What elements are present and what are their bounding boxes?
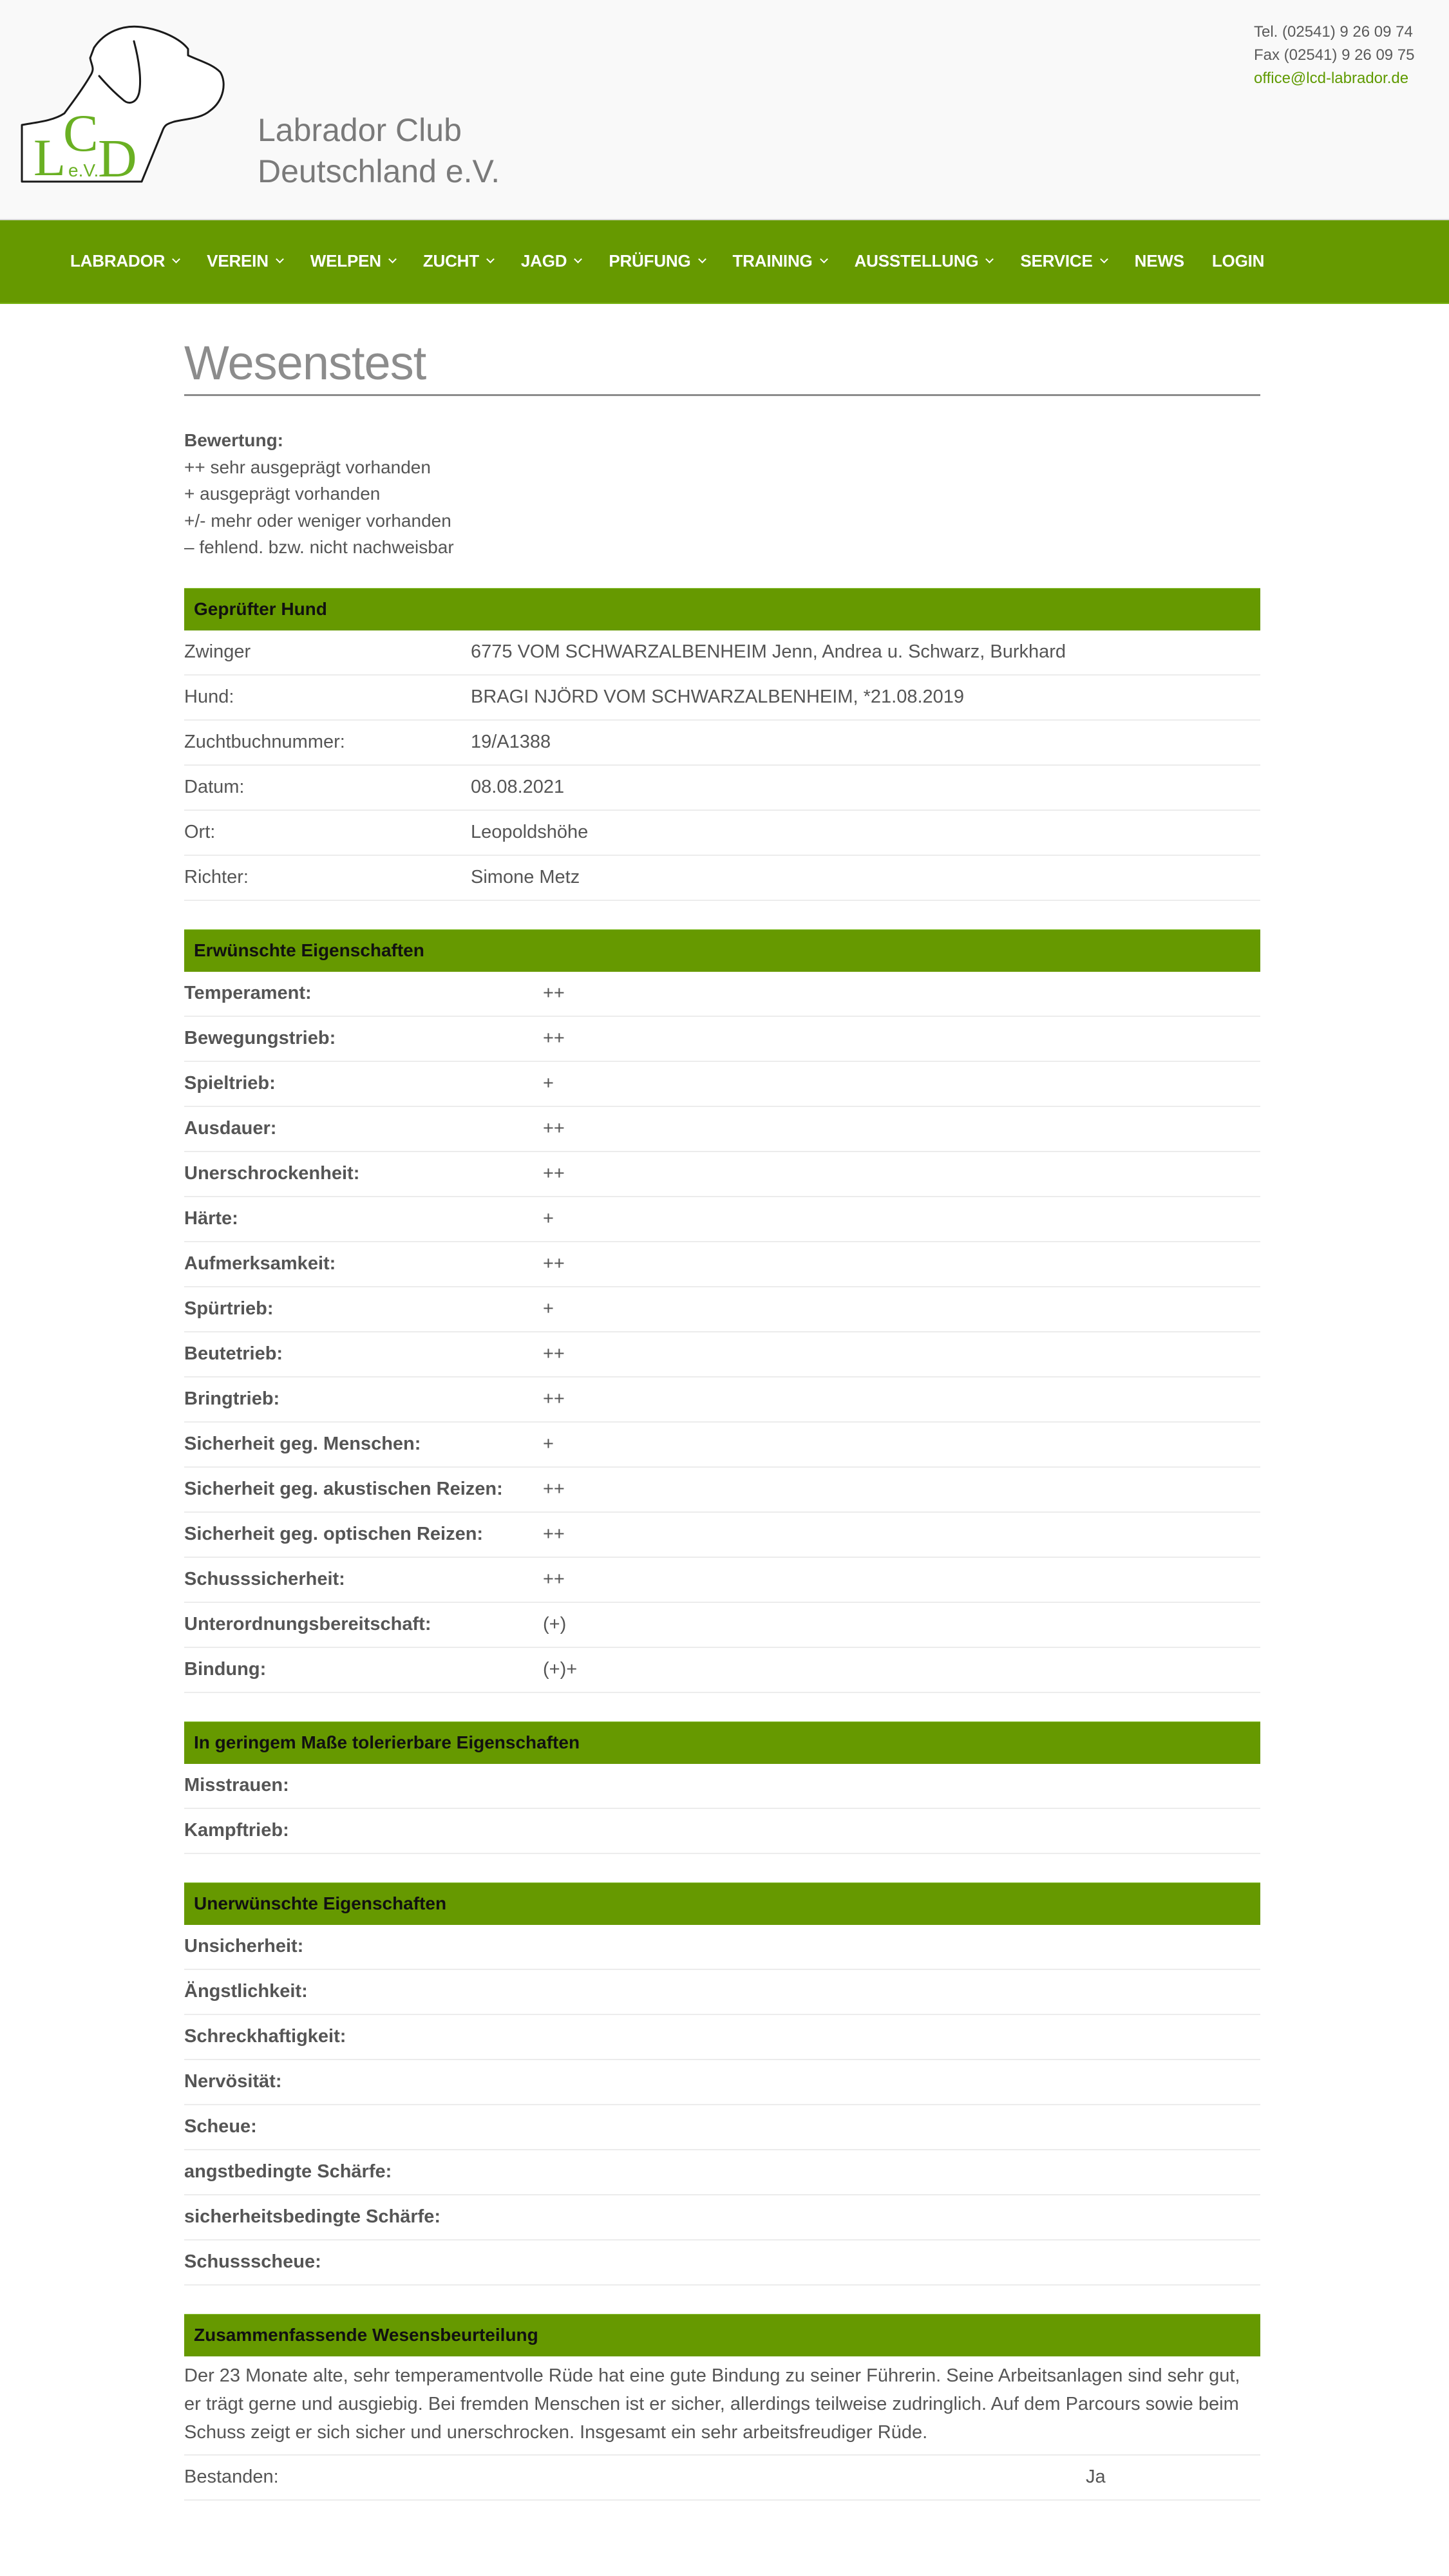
table-row: Härte:+ <box>184 1197 1260 1242</box>
chevron-down-icon <box>276 255 284 263</box>
table-row: Misstrauen: <box>184 1764 1260 1809</box>
section-header: Unerwünschte Eigenschaften <box>184 1882 1260 1925</box>
svg-text:D: D <box>98 129 137 185</box>
table-row: sicherheitsbedingte Schärfe: <box>184 2195 1260 2240</box>
section-tested-dog: Geprüfter Hund Zwinger6775 VOM SCHWARZAL… <box>184 588 1260 901</box>
nav-item-labrador[interactable]: LABRADOR <box>70 251 179 271</box>
chevron-down-icon <box>388 255 397 263</box>
legend-title: Bewertung: <box>184 427 1260 454</box>
result-row: Bestanden: Ja <box>184 2456 1260 2501</box>
chevron-down-icon <box>1100 255 1108 263</box>
row-value: ++ <box>543 1163 565 1184</box>
nav-item-service[interactable]: SERVICE <box>1020 251 1106 271</box>
row-value: ++ <box>543 983 565 1004</box>
table-row: Bindung:(+)+ <box>184 1648 1260 1693</box>
table-row: Schreckhaftigkeit: <box>184 2015 1260 2060</box>
table-row: Hund:BRAGI NJÖRD VOM SCHWARZALBENHEIM, *… <box>184 676 1260 721</box>
svg-text:e.V.: e.V. <box>68 160 99 180</box>
table-row: Unerschrockenheit:++ <box>184 1152 1260 1197</box>
site-title-line-1: Labrador Club <box>258 109 500 151</box>
table-row: Datum:08.08.2021 <box>184 766 1260 811</box>
section-header: In geringem Maße tolerierbare Eigenschaf… <box>184 1721 1260 1764</box>
row-label: Hund: <box>184 687 471 708</box>
row-label: Beutetrieb: <box>184 1343 543 1365</box>
nav-item-label: JAGD <box>521 251 567 271</box>
row-value: + <box>543 1208 554 1229</box>
nav-item-prüfung[interactable]: PRÜFUNG <box>609 251 705 271</box>
row-label: Aufmerksamkeit: <box>184 1253 543 1274</box>
row-label: Bindung: <box>184 1659 543 1680</box>
legend-line: ++ sehr ausgeprägt vorhanden <box>184 454 1260 481</box>
table-row: Zwinger6775 VOM SCHWARZALBENHEIM Jenn, A… <box>184 630 1260 676</box>
summary-text: Der 23 Monate alte, sehr temperamentvoll… <box>184 2356 1260 2456</box>
nav-item-label: LABRADOR <box>70 251 165 271</box>
row-label: Unsicherheit: <box>184 1936 543 1957</box>
nav-item-label: VEREIN <box>207 251 269 271</box>
table-row: Sicherheit geg. optischen Reizen:++ <box>184 1513 1260 1558</box>
nav-item-zucht[interactable]: ZUCHT <box>423 251 493 271</box>
nav-item-label: TRAINING <box>733 251 813 271</box>
row-label: Ängstlichkeit: <box>184 1981 543 2002</box>
table-row: Sicherheit geg. Menschen:+ <box>184 1423 1260 1468</box>
nav-item-label: LOGIN <box>1212 251 1264 271</box>
table-row: Aufmerksamkeit:++ <box>184 1242 1260 1287</box>
svg-text:L: L <box>33 128 66 185</box>
row-label: Spieltrieb: <box>184 1073 543 1094</box>
section-summary: Zusammenfassende Wesensbeurteilung Der 2… <box>184 2314 1260 2501</box>
contact-tel: Tel. (02541) 9 26 09 74 <box>1254 21 1415 44</box>
row-value: 19/A1388 <box>471 732 551 753</box>
row-label: Schreckhaftigkeit: <box>184 2026 543 2047</box>
row-value: + <box>543 1073 554 1094</box>
row-label: Unerschrockenheit: <box>184 1163 543 1184</box>
row-label: Scheue: <box>184 2116 543 2137</box>
page-title: Wesenstest <box>184 336 1260 396</box>
table-row: Ort:Leopoldshöhe <box>184 811 1260 856</box>
table-row: Sicherheit geg. akustischen Reizen:++ <box>184 1468 1260 1513</box>
table-row: Spürtrieb:+ <box>184 1287 1260 1332</box>
nav-menu: LABRADORVEREINWELPENZUCHTJAGDPRÜFUNGTRAI… <box>70 251 1292 271</box>
legend-line: – fehlend. bzw. nicht nachweisbar <box>184 534 1260 561</box>
section-tolerable-traits: In geringem Maße tolerierbare Eigenschaf… <box>184 1721 1260 1854</box>
site-header: L C D e.V. Labrador Club Deutschland e.V… <box>0 0 1449 220</box>
table-row: Unsicherheit: <box>184 1925 1260 1970</box>
row-value: ++ <box>543 1028 565 1049</box>
row-label: Bewegungstrieb: <box>184 1028 543 1049</box>
nav-item-label: ZUCHT <box>423 251 479 271</box>
legend-line: +/- mehr oder weniger vorhanden <box>184 507 1260 535</box>
row-label: angstbedingte Schärfe: <box>184 2161 543 2183</box>
row-label: Kampftrieb: <box>184 1820 543 1841</box>
chevron-down-icon <box>986 255 994 263</box>
row-value: ++ <box>543 1388 565 1410</box>
nav-item-jagd[interactable]: JAGD <box>521 251 581 271</box>
row-value: ++ <box>543 1524 565 1545</box>
row-label: Zwinger <box>184 641 471 663</box>
chevron-down-icon <box>172 255 180 263</box>
svg-text:C: C <box>63 104 99 162</box>
row-value: ++ <box>543 1479 565 1500</box>
table-row: Schusssicherheit:++ <box>184 1558 1260 1603</box>
nav-item-label: AUSSTELLUNG <box>855 251 979 271</box>
row-label: Sicherheit geg. Menschen: <box>184 1434 543 1455</box>
row-value: ++ <box>543 1253 565 1274</box>
nav-item-label: NEWS <box>1135 251 1184 271</box>
main-navigation: LABRADORVEREINWELPENZUCHTJAGDPRÜFUNGTRAI… <box>0 220 1449 304</box>
main-content: Wesenstest Bewertung: ++ sehr ausgeprägt… <box>184 304 1260 2501</box>
nav-item-label: PRÜFUNG <box>609 251 690 271</box>
row-label: Richter: <box>184 867 471 888</box>
table-row: Scheue: <box>184 2105 1260 2150</box>
row-value: 6775 VOM SCHWARZALBENHEIM Jenn, Andrea u… <box>471 641 1066 663</box>
row-label: Bringtrieb: <box>184 1388 543 1410</box>
row-label: sicherheitsbedingte Schärfe: <box>184 2206 543 2228</box>
contact-email-link[interactable]: office@lcd-labrador.de <box>1254 67 1415 90</box>
nav-item-ausstellung[interactable]: AUSSTELLUNG <box>855 251 993 271</box>
row-label: Ausdauer: <box>184 1118 543 1139</box>
table-row: Zuchtbuchnummer:19/A1388 <box>184 721 1260 766</box>
nav-item-login[interactable]: LOGIN <box>1212 251 1264 271</box>
row-value: ++ <box>543 1118 565 1139</box>
nav-item-news[interactable]: NEWS <box>1135 251 1184 271</box>
table-row: Ängstlichkeit: <box>184 1970 1260 2015</box>
contact-info: Tel. (02541) 9 26 09 74 Fax (02541) 9 26… <box>1254 21 1415 90</box>
row-value: + <box>543 1434 554 1455</box>
table-row: Temperament:++ <box>184 972 1260 1017</box>
row-value: 08.08.2021 <box>471 777 564 798</box>
row-label: Schussscheue: <box>184 2251 543 2273</box>
result-label: Bestanden: <box>184 2467 1086 2488</box>
table-row: Bringtrieb:++ <box>184 1378 1260 1423</box>
row-value: BRAGI NJÖRD VOM SCHWARZALBENHEIM, *21.08… <box>471 687 964 708</box>
result-value: Ja <box>1086 2467 1106 2488</box>
section-desired-traits: Erwünschte Eigenschaften Temperament:++B… <box>184 929 1260 1693</box>
row-label: Schusssicherheit: <box>184 1569 543 1590</box>
site-title-line-2: Deutschland e.V. <box>258 151 500 192</box>
nav-item-label: WELPEN <box>310 251 381 271</box>
row-label: Spürtrieb: <box>184 1298 543 1320</box>
table-row: Nervösität: <box>184 2060 1260 2105</box>
table-row: Unterordnungsbereitschaft:(+) <box>184 1603 1260 1648</box>
section-header: Zusammenfassende Wesensbeurteilung <box>184 2314 1260 2356</box>
row-value: Simone Metz <box>471 867 580 888</box>
table-row: Bewegungstrieb:++ <box>184 1017 1260 1062</box>
table-row: Spieltrieb:+ <box>184 1062 1260 1107</box>
row-label: Sicherheit geg. optischen Reizen: <box>184 1524 543 1545</box>
table-row: Schussscheue: <box>184 2240 1260 2286</box>
nav-item-label: SERVICE <box>1020 251 1092 271</box>
row-value: + <box>543 1298 554 1320</box>
row-label: Ort: <box>184 822 471 843</box>
nav-item-verein[interactable]: VEREIN <box>207 251 283 271</box>
nav-item-training[interactable]: TRAINING <box>733 251 827 271</box>
row-label: Härte: <box>184 1208 543 1229</box>
row-label: Temperament: <box>184 983 543 1004</box>
table-row: Beutetrieb:++ <box>184 1332 1260 1378</box>
section-header: Erwünschte Eigenschaften <box>184 929 1260 972</box>
row-value: ++ <box>543 1343 565 1365</box>
section-undesired-traits: Unerwünschte Eigenschaften Unsicherheit:… <box>184 1882 1260 2286</box>
chevron-down-icon <box>486 255 495 263</box>
table-row: Kampftrieb: <box>184 1809 1260 1854</box>
table-row: Ausdauer:++ <box>184 1107 1260 1152</box>
chevron-down-icon <box>698 255 706 263</box>
section-header: Geprüfter Hund <box>184 588 1260 630</box>
row-value: ++ <box>543 1569 565 1590</box>
row-label: Unterordnungsbereitschaft: <box>184 1614 543 1635</box>
row-value: Leopoldshöhe <box>471 822 588 843</box>
rating-legend: Bewertung: ++ sehr ausgeprägt vorhanden … <box>184 427 1260 561</box>
row-label: Sicherheit geg. akustischen Reizen: <box>184 1479 543 1500</box>
row-label: Nervösität: <box>184 2071 543 2092</box>
table-row: angstbedingte Schärfe: <box>184 2150 1260 2195</box>
legend-line: + ausgeprägt vorhanden <box>184 480 1260 507</box>
row-label: Misstrauen: <box>184 1775 543 1796</box>
chevron-down-icon <box>574 255 582 263</box>
table-row: Richter:Simone Metz <box>184 856 1260 901</box>
chevron-down-icon <box>820 255 828 263</box>
row-value: (+) <box>543 1614 566 1635</box>
nav-item-welpen[interactable]: WELPEN <box>310 251 395 271</box>
lcd-dog-logo-icon[interactable]: L C D e.V. <box>19 22 235 185</box>
row-value: (+)+ <box>543 1659 577 1680</box>
site-title[interactable]: Labrador Club Deutschland e.V. <box>258 109 500 192</box>
row-label: Zuchtbuchnummer: <box>184 732 471 753</box>
row-label: Datum: <box>184 777 471 798</box>
contact-fax: Fax (02541) 9 26 09 75 <box>1254 44 1415 67</box>
